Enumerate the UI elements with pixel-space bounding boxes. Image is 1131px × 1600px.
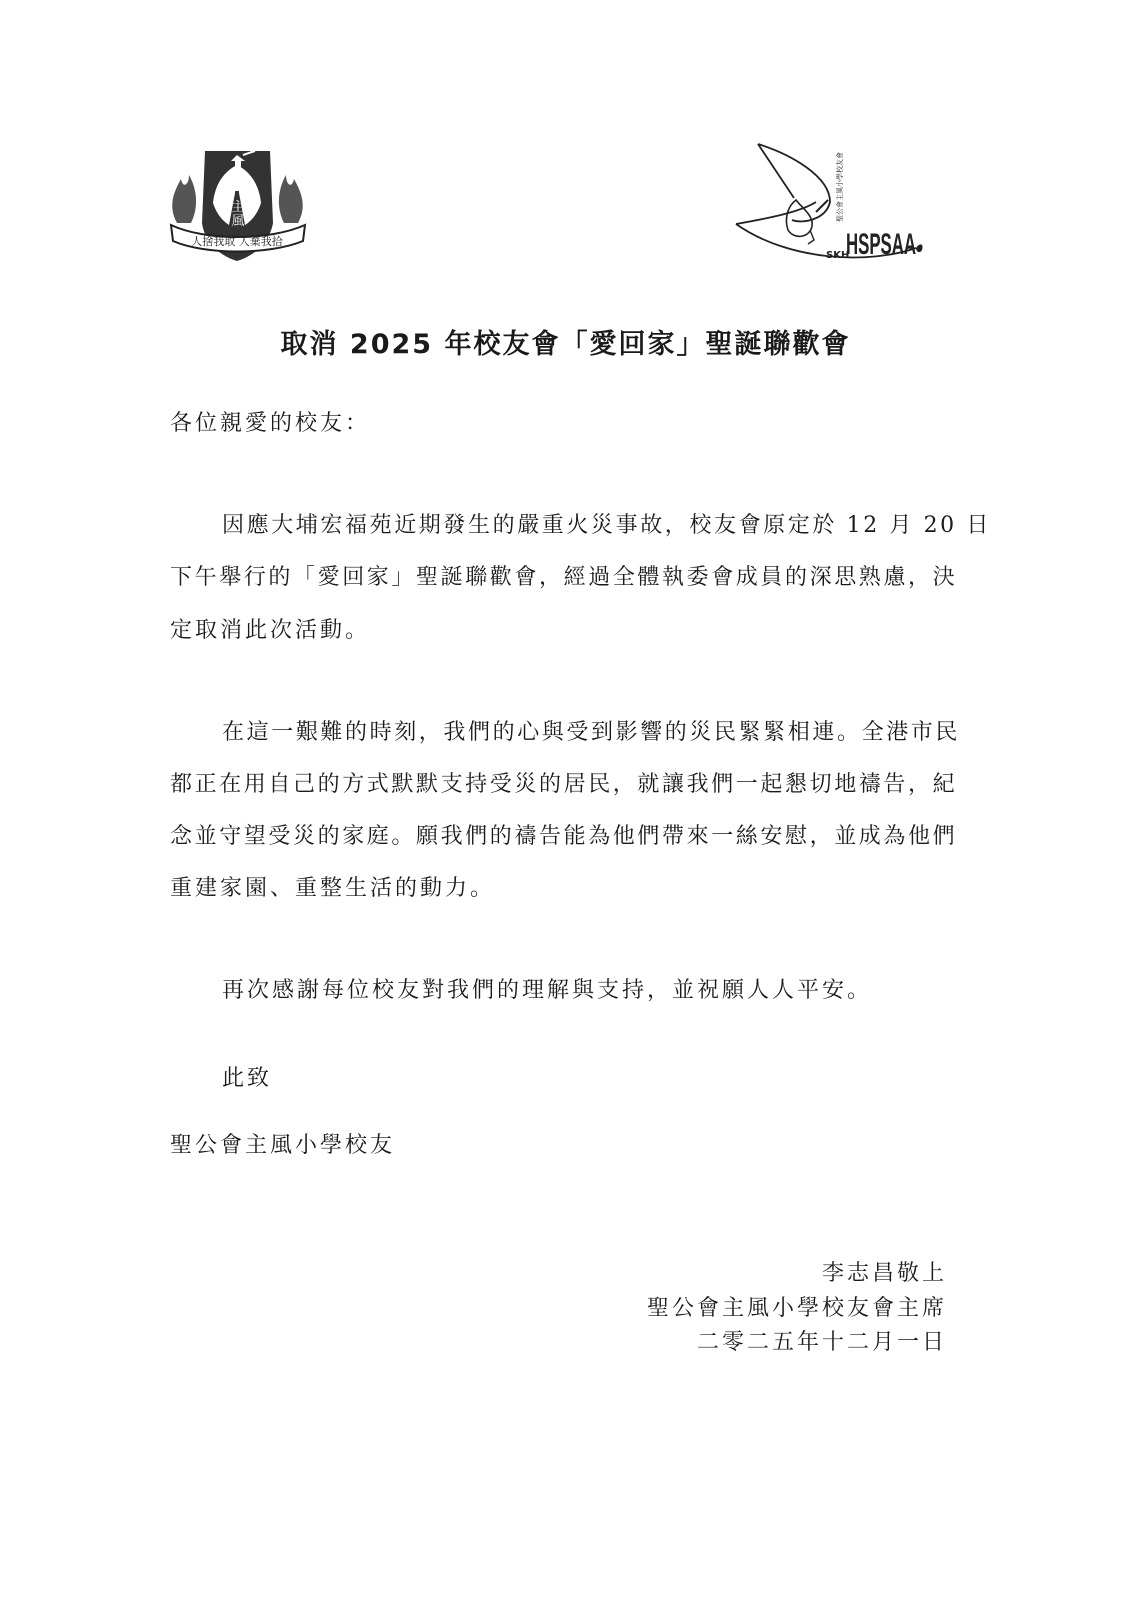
paragraph-2-line: 念並守望受災的家庭。願我們的禱告能為他們帶來一絲安慰，並成為他們 — [170, 826, 957, 848]
paragraph-1-line: 因應大埔宏福苑近期發生的嚴重火災事故，校友會原定於 12 月 20 日 — [222, 515, 991, 537]
crest-char: 風 — [231, 214, 244, 229]
paragraph-2-line: 在這一艱難的時刻，我們的心與受到影響的災民緊緊相連。全港市民 — [222, 722, 960, 744]
paragraph-2-line: 重建家園、重整生活的動力。 — [170, 878, 495, 900]
school-crest-logo: 主 風 人捨我取 人棄我拾 — [165, 145, 310, 265]
school-crest-dove-icon: 主 風 人捨我取 人棄我拾 — [165, 145, 310, 265]
logo-small-text: 聖公會主風小學校友會 — [835, 152, 844, 222]
paragraph-3-line: 再次感謝每位校友對我們的理解與支持，並祝願人人平安。 — [222, 980, 872, 1002]
paragraph-1-line: 下午舉行的「愛回家」聖誕聯歡會，經過全體執委會成員的深思熟慮，決 — [170, 567, 957, 589]
paragraph-1-line: 定取消此次活動。 — [170, 620, 370, 642]
logo-abbrev: HSPSAA — [846, 228, 916, 261]
closing-recipient: 聖公會主風小學校友 — [170, 1135, 395, 1157]
alumni-dove-logo-icon: 聖公會主風小學校友會 SKH HSPSAA — [730, 140, 930, 265]
signature-date: 二零二五年十二月一日 — [697, 1332, 947, 1354]
paragraph-2-line: 都正在用自己的方式默默支持受災的居民，就讓我們一起懇切地禱告，紀 — [170, 774, 957, 796]
letter-title: 取消 2025 年校友會「愛回家」聖誕聯歡會 — [0, 322, 1131, 361]
crest-char: 主 — [231, 200, 244, 215]
alumni-association-logo: 聖公會主風小學校友會 SKH HSPSAA — [730, 140, 930, 265]
closing-salutation: 此致 — [222, 1068, 272, 1090]
crest-motto: 人捨我取 人棄我拾 — [191, 234, 283, 248]
greeting: 各位親愛的校友： — [170, 413, 370, 435]
signature-name: 李志昌敬上 — [822, 1263, 947, 1285]
signature-position: 聖公會主風小學校友會主席 — [647, 1298, 947, 1320]
